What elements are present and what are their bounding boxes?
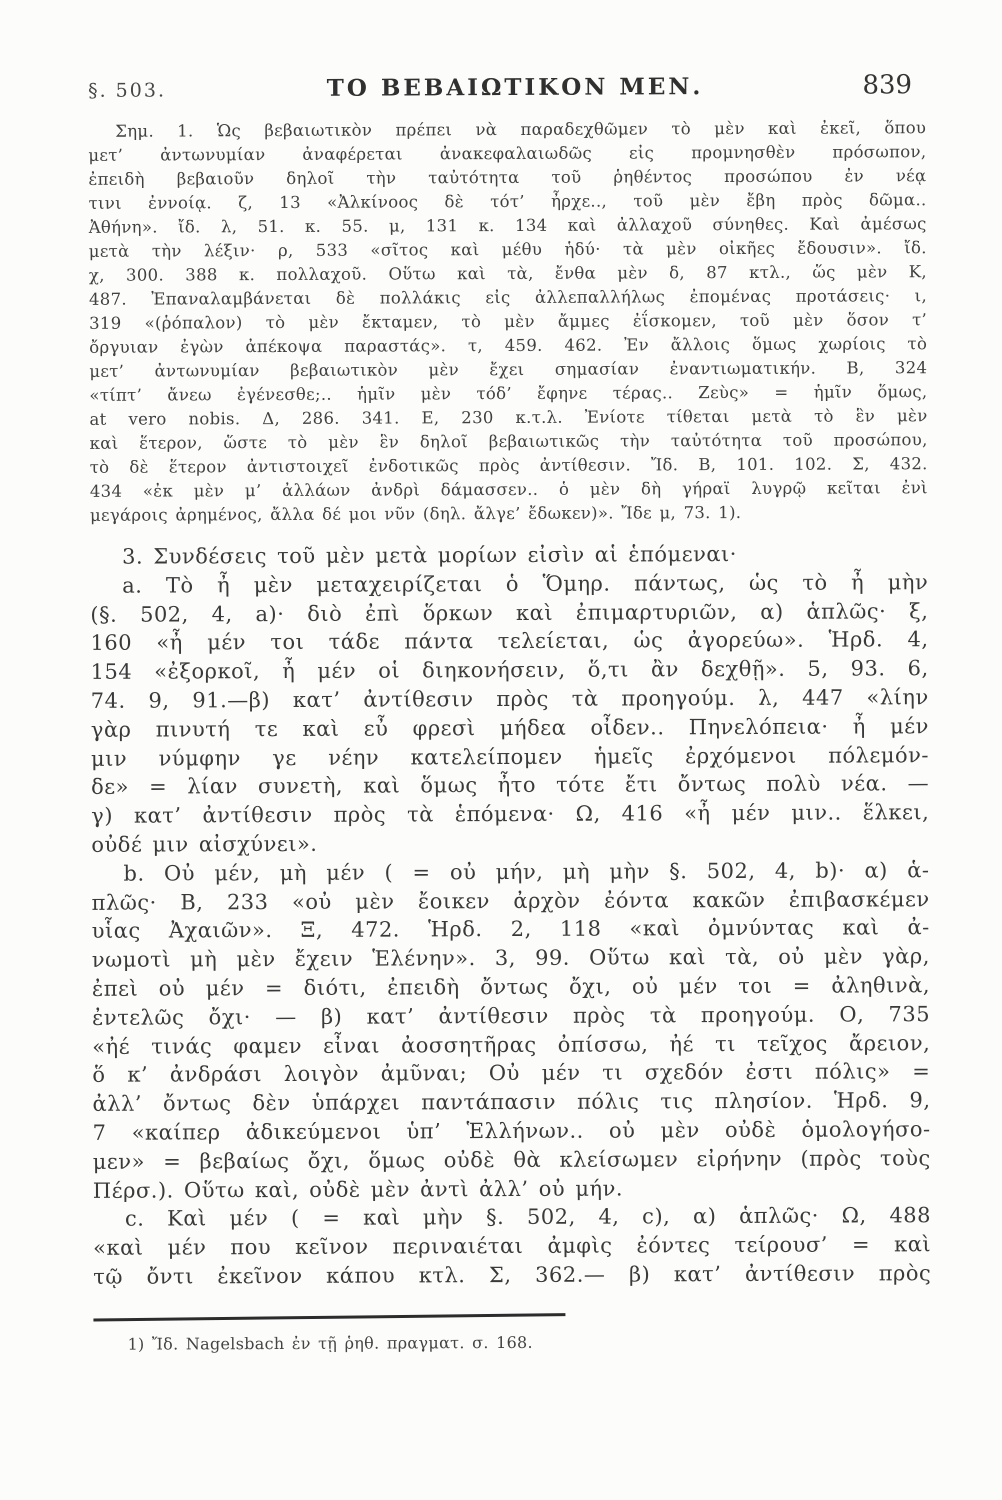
body-line: ἀλλ’ ὄντως δὲν ὑπάρχει παντάπασιν πόλις … (92, 1086, 930, 1118)
remark-line: μετὰ τὴν λέξιν· ρ, 533 «σῖτος καὶ μέθυ ἡ… (89, 236, 927, 264)
book-page: §. 503. ΤΟ ΒΕΒΑΙΩΤΙΚΟΝ ΜΕΝ. 839 Σημ. 1. … (0, 0, 1002, 1500)
body-line: 154 «ἐξορκοῖ, ἦ μέν οἱ διηκονήσειν, ὅ,τι… (91, 654, 929, 686)
body-line: μεν» = βεβαίως ὄχι, ὅμως οὐδὲ θὰ κλείσωμ… (93, 1144, 931, 1176)
remark-line: Σημ. 1. Ὡς βεβαιωτικὸν πρέπει νὰ παραδεχ… (88, 116, 926, 144)
body-line: Πέρσ.). Οὕτω καὶ, οὐδὲ μὲν ἀντὶ ἀλλ’ οὐ … (93, 1173, 931, 1205)
remark-line: Ἀθήνη». ἴδ. λ, 51. κ. 55. μ, 131 κ. 134 … (89, 212, 927, 240)
body-line: a. Τὸ ἦ μὲν μεταχειρίζεται ὁ Ὅμηρ. πάντω… (90, 568, 928, 600)
body-line: γὰρ πινυτή τε καὶ εὖ φρεσὶ μήδεα οἶδεν..… (91, 712, 929, 744)
footnote-line: 1) Ἴδ. Nagelsbach ἐν τῇ ῥηθ. πραγματ. σ.… (93, 1329, 931, 1357)
remark-line: χ, 300. 388 κ. πολλαχοῦ. Οὕτω καὶ τὰ, ἔν… (89, 260, 927, 288)
body-line: τῷ ὄντι ἐκεῖνον κάπου κτλ. Σ, 362.— β) κ… (93, 1259, 931, 1291)
body-line: «ἠέ τινάς φαμεν εἶναι ἀοσσητῆρας ὀπίσσω,… (92, 1029, 930, 1061)
footnote: 1) Ἴδ. Nagelsbach ἐν τῇ ῥηθ. πραγματ. σ.… (93, 1329, 931, 1357)
body-line: οὐδέ μιν αἰσχύνει». (91, 827, 929, 859)
body-line: νωμοτὶ μὴ μὲν ἔχειν Ἑλένην». 3, 99. Οὕτω… (92, 942, 930, 974)
main-text: 3. Συνδέσεις τοῦ μὲν μετὰ μορίων εἰσὶν α… (90, 539, 931, 1291)
body-line: μιν νύμφην γε νέην κατελείπομεν ἡμεῖς ἐρ… (91, 741, 929, 773)
remark-line: ὄργυιαν ἐγὼν ἀπέκοψα παραστάς». τ, 459. … (89, 332, 927, 360)
running-title: ΤΟ ΒΕΒΑΙΩΤΙΚΟΝ ΜΕΝ. (238, 73, 792, 102)
remark-line: μεγάροις ἀρημένος, ἄλλα δέ μοι νῦν (δηλ.… (90, 500, 928, 528)
section-number: §. 503. (88, 79, 238, 102)
remark-line: μετ’ ἀντωνυμίαν ἀναφέρεται ἀνακεφαλαιωδῶ… (88, 140, 926, 168)
body-line: ἐπεὶ οὐ μέν = διότι, ἐπειδὴ ὄντως ὄχι, ο… (92, 971, 930, 1003)
body-line: δε» = λίαν συνετὴ, καὶ ὅμως ἦτο τότε ἔτι… (91, 770, 929, 802)
body-line: «καὶ μέν που κεῖνον περιναιέται ἀμφὶς ἐό… (93, 1230, 931, 1262)
remark-line: 487. Ἐπαναλαμβάνεται δὲ πολλάκις εἰς ἀλλ… (89, 284, 927, 312)
body-line: 7 «καίπερ ἀδικεύμενοι ὑπ’ Ἑλλήνων.. οὐ μ… (93, 1115, 931, 1147)
remark-line: 434 «ἐκ μὲν μ’ ἀλλάων ἀνδρὶ δάμασσεν.. ὁ… (90, 476, 928, 504)
body-line: πλῶς· Β, 233 «οὐ μὲν ἔοικεν ἀρχὸν ἐόντα … (92, 885, 930, 917)
remark-line: τὸ δὲ ἕτερον ἀντιστοιχεῖ ἐνδοτικῶς πρὸς … (90, 452, 928, 480)
body-line: ἐντελῶς ὄχι· — β) κατ’ ἀντίθεσιν πρὸς τὰ… (92, 1000, 930, 1032)
body-line: b. Οὐ μέν, μὴ μέν ( = οὐ μήν, μὴ μὴν §. … (91, 856, 929, 888)
body-line: ὅ κ’ ἀνδράσι λοιγὸν ἀμῦναι; Οὐ μέν τι σχ… (92, 1058, 930, 1090)
body-line: γ) κατ’ ἀντίθεσιν πρὸς τὰ ἑπόμενα· Ω, 41… (91, 798, 929, 830)
remark-line: τινι ἐννοίᾳ. ζ, 13 «Ἀλκίνοος δὲ τότ’ ἦρχ… (89, 188, 927, 216)
body-line: 160 «ἦ μέν τοι τάδε πάντα τελείεται, ὡς … (90, 626, 928, 658)
page-header: §. 503. ΤΟ ΒΕΒΑΙΩΤΙΚΟΝ ΜΕΝ. 839 (88, 70, 926, 110)
body-line: 3. Συνδέσεις τοῦ μὲν μετὰ μορίων εἰσὶν α… (90, 539, 928, 571)
remark-line: «τίπτ’ ἄνεω ἐγένεσθε;.. ἡμῖν μὲν τόδ’ ἔφ… (89, 380, 927, 408)
body-line: 74. 9, 91.—β) κατ’ ἀντίθεσιν πρὸς τὰ προ… (91, 683, 929, 715)
remark-line: μετ’ ἀντωνυμίαν βεβαιωτικὸν μὲν ἔχει σημ… (89, 356, 927, 384)
body-line: (§. 502, 4, a)· διὸ ἐπὶ ὅρκων καὶ ἐπιμαρ… (90, 597, 928, 629)
body-line: c. Καὶ μέν ( = καὶ μὴν §. 502, 4, c), α)… (93, 1201, 931, 1233)
remark-line: at vero nobis. Δ, 286. 341. Ε, 230 κ.τ.λ… (89, 404, 927, 432)
page-content: §. 503. ΤΟ ΒΕΒΑΙΩΤΙΚΟΝ ΜΕΝ. 839 Σημ. 1. … (88, 70, 932, 1356)
remark-line: καὶ ἕτερον, ὥστε τὸ μὲν ἓν δηλοῖ βεβαιωτ… (90, 428, 928, 456)
remark-paragraph: Σημ. 1. Ὡς βεβαιωτικὸν πρέπει νὰ παραδεχ… (88, 116, 928, 528)
remark-line: ἐπειδὴ βεβαιοῦν δηλοῖ τὴν ταὐτότητα τοῦ … (88, 164, 926, 192)
page-number: 839 (792, 70, 926, 101)
body-line: υἷας Ἀχαιῶν». Ξ, 472. Ἡρδ. 2, 118 «καὶ ὀ… (92, 914, 930, 946)
footnote-rule (93, 1313, 565, 1321)
remark-line: 319 «(ῥόπαλον) τὸ μὲν ἔκταμεν, τὸ μὲν ἄμ… (89, 308, 927, 336)
